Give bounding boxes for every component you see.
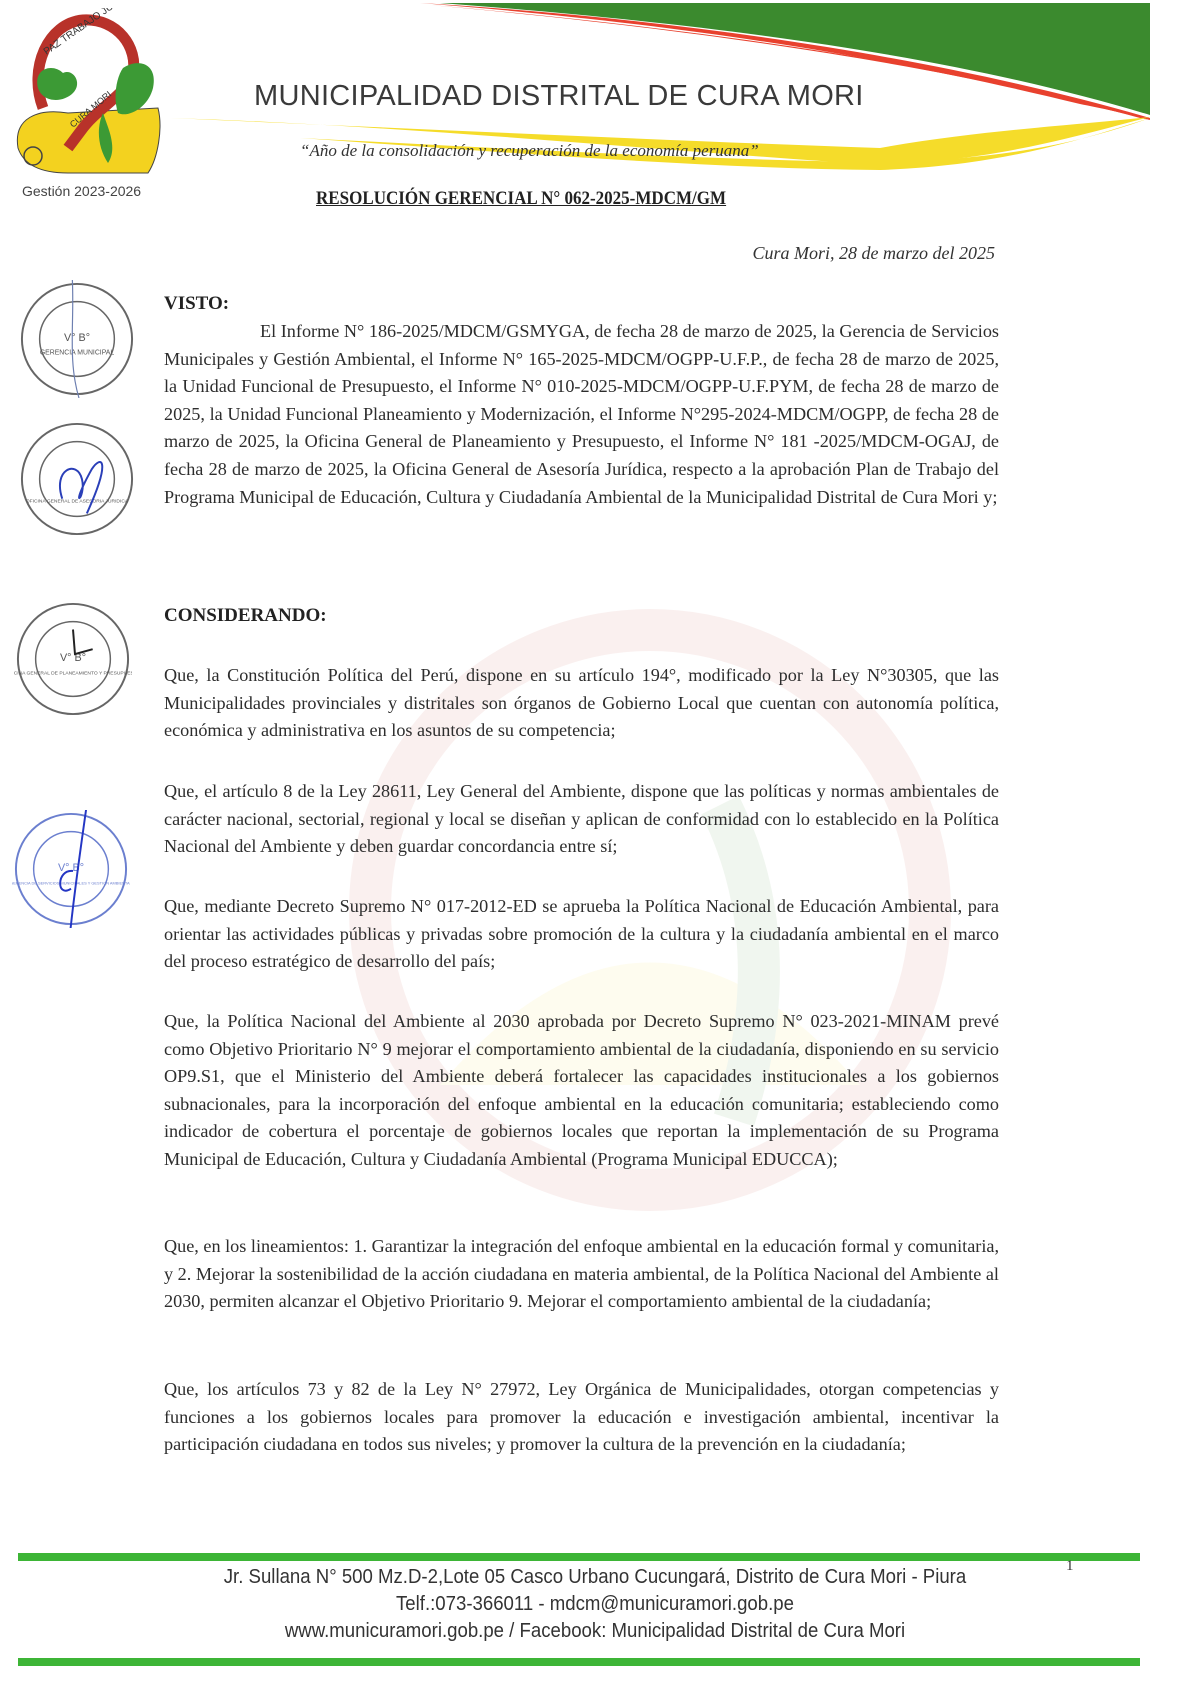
svg-text:GERENCIA MUNICIPAL: GERENCIA MUNICIPAL bbox=[40, 350, 115, 357]
approval-stamp-gerencia-municipal: V° B° GERENCIA MUNICIPAL bbox=[18, 280, 136, 398]
page-number: 1 bbox=[1066, 1558, 1074, 1575]
footer-address: Jr. Sullana N° 500 Mz.D-2,Lote 05 Casco … bbox=[42, 1566, 1149, 1589]
considerando-paragraph-2: Que, el artículo 8 de la Ley 28611, Ley … bbox=[164, 778, 999, 861]
considerando-paragraph-1: Que, la Constitución Política del Perú, … bbox=[164, 662, 999, 745]
considerando-heading: CONSIDERANDO: bbox=[164, 605, 327, 627]
footer-contact: Telf.:073-366011 - mdcm@municuramori.gob… bbox=[42, 1593, 1149, 1616]
footer-divider-bottom bbox=[18, 1658, 1140, 1666]
approval-stamp-servicios-municipales: V° B° GERENCIA DE SERVICIOS MUNICIPALES … bbox=[12, 810, 130, 928]
svg-text:V° B°: V° B° bbox=[64, 332, 90, 344]
approval-stamp-planeamiento-presupuesto: V° B° OFICINA GENERAL DE PLANEAMIENTO Y … bbox=[14, 600, 132, 718]
municipality-logo: PAZ TRABAJO JUST CURA MORI bbox=[8, 8, 168, 178]
svg-text:OFICINA GENERAL DE ASESORIA JU: OFICINA GENERAL DE ASESORIA JURIDICA bbox=[26, 499, 129, 505]
visto-heading: VISTO: bbox=[164, 293, 229, 315]
municipality-name: MUNICIPALIDAD DISTRITAL DE CURA MORI bbox=[254, 80, 864, 113]
svg-text:V° B°: V° B° bbox=[60, 652, 86, 664]
resolution-title: RESOLUCIÓN GERENCIAL N° 062-2025-MDCM/GM bbox=[316, 189, 726, 210]
date-line: Cura Mori, 28 de marzo del 2025 bbox=[753, 243, 996, 264]
svg-text:V° B°: V° B° bbox=[58, 862, 84, 874]
considerando-paragraph-3: Que, mediante Decreto Supremo N° 017-201… bbox=[164, 893, 999, 976]
svg-text:GERENCIA DE SERVICIOS MUNICIPA: GERENCIA DE SERVICIOS MUNICIPALES Y GEST… bbox=[12, 881, 130, 886]
svg-text:OFICINA GENERAL DE PLANEAMIENT: OFICINA GENERAL DE PLANEAMIENTO Y PRESUP… bbox=[14, 671, 132, 677]
footer-web: www.municuramori.gob.pe / Facebook: Muni… bbox=[42, 1620, 1149, 1643]
considerando-paragraph-4: Que, la Política Nacional del Ambiente a… bbox=[164, 1008, 999, 1174]
footer-divider-top bbox=[18, 1553, 1140, 1561]
considerando-paragraph-5: Que, en los lineamientos: 1. Garantizar … bbox=[164, 1233, 999, 1316]
visto-paragraph: El Informe N° 186-2025/MDCM/GSMYGA, de f… bbox=[164, 318, 999, 511]
year-slogan: “Año de la consolidación y recuperación … bbox=[300, 141, 759, 161]
approval-stamp-asesoria-juridica: OFICINA GENERAL DE ASESORIA JURIDICA bbox=[18, 420, 136, 538]
considerando-paragraph-6: Que, los artículos 73 y 82 de la Ley N° … bbox=[164, 1376, 999, 1459]
management-period: Gestión 2023-2026 bbox=[22, 183, 141, 199]
